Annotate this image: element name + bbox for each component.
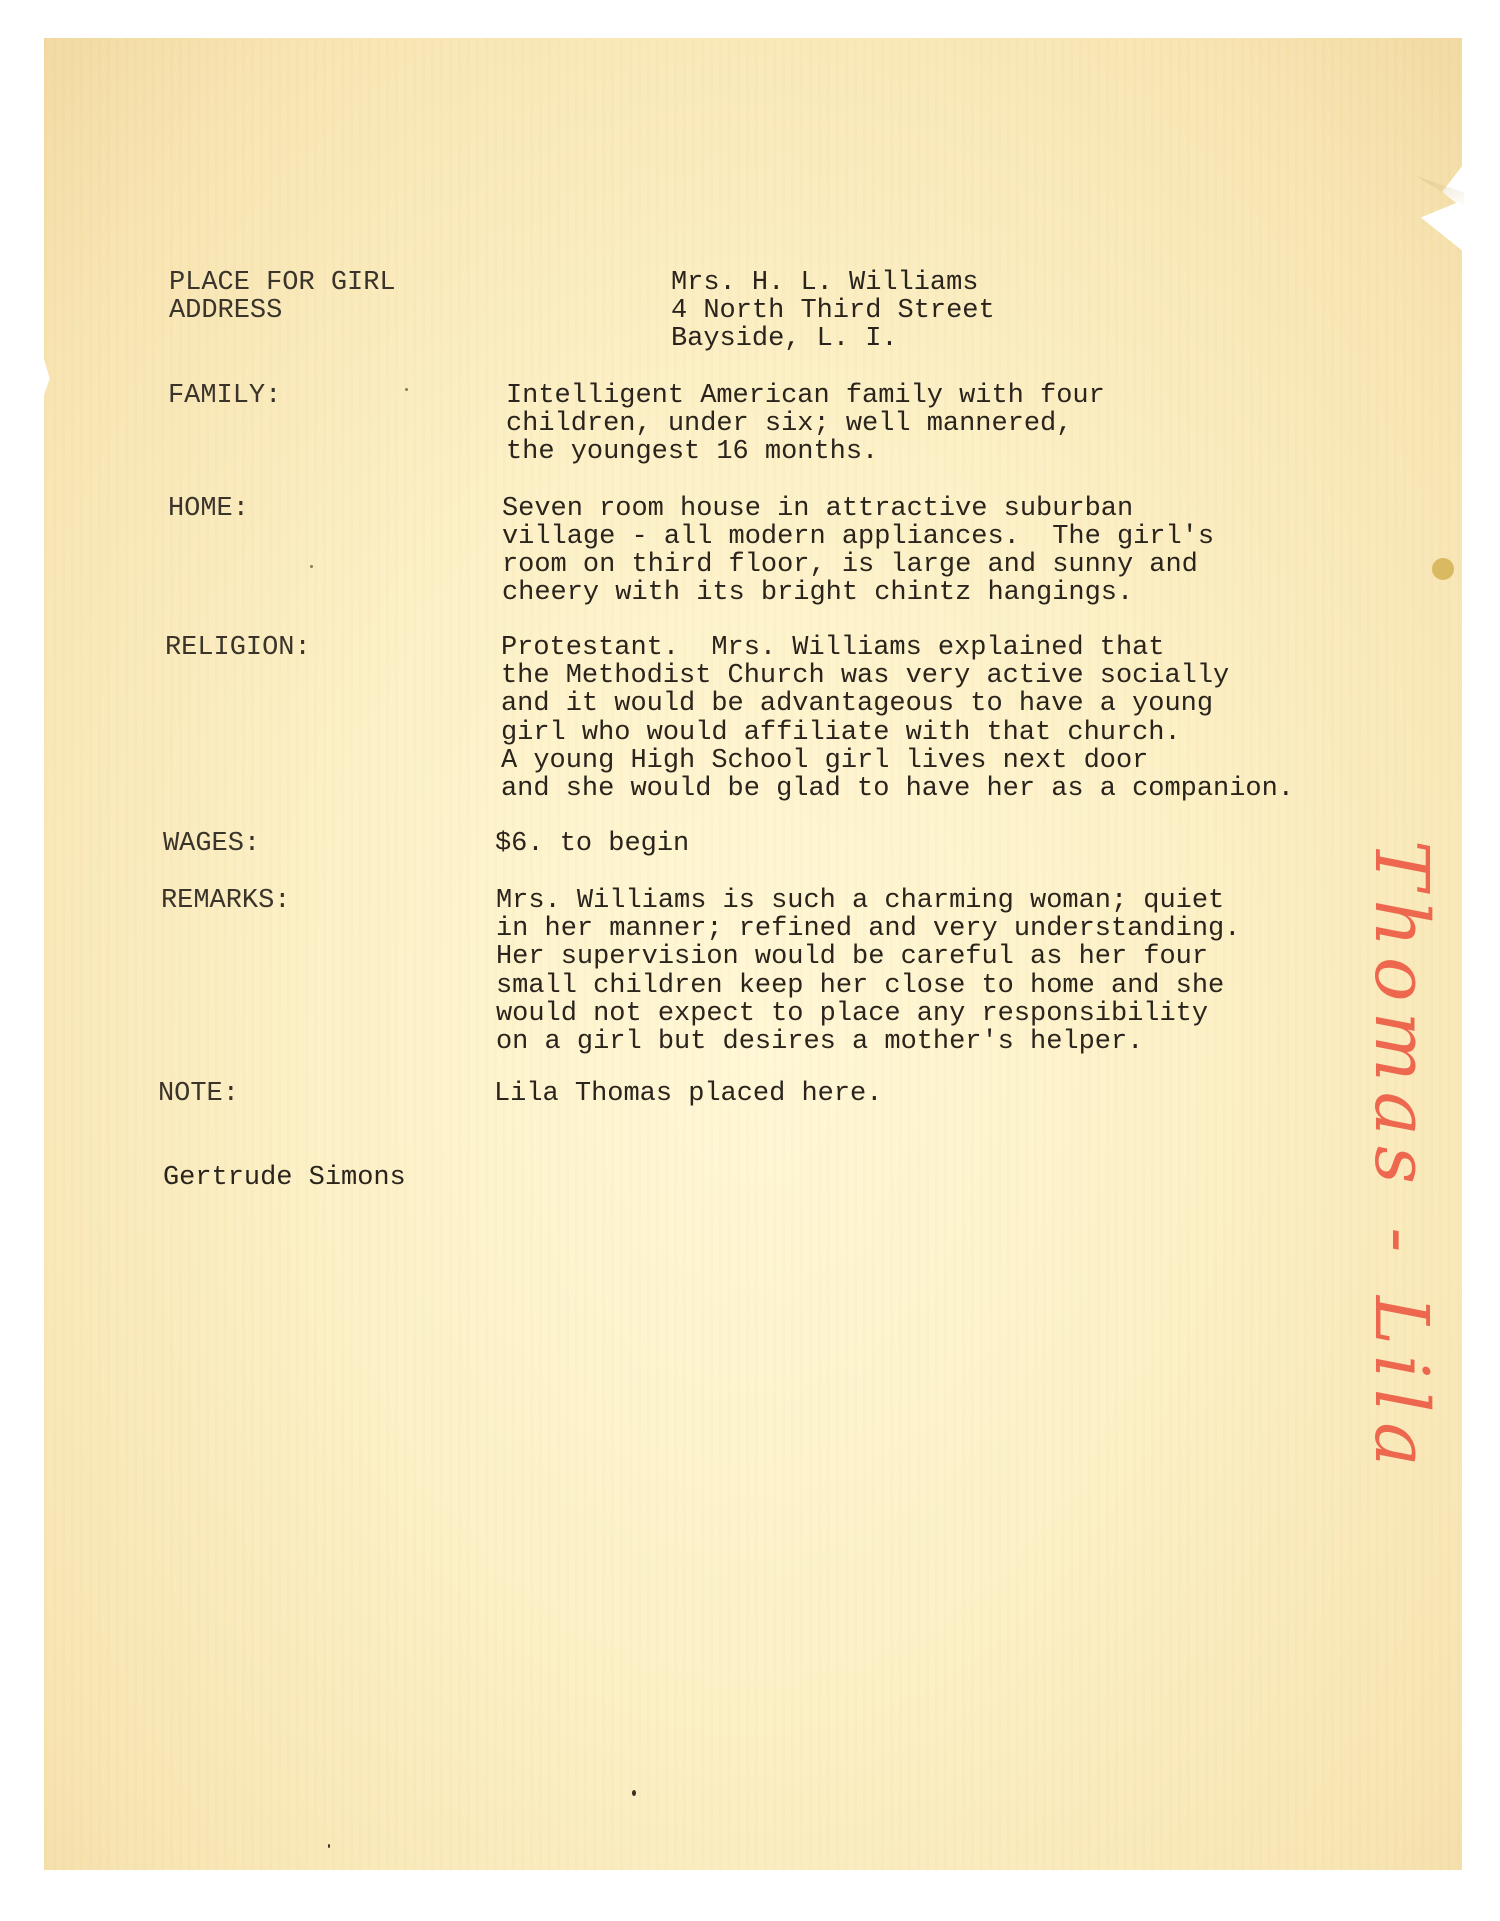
label-note: NOTE:	[158, 1080, 239, 1108]
text-line: and it would be advantageous to have a y…	[501, 690, 1213, 718]
speck	[405, 388, 408, 391]
speck	[632, 1790, 636, 1796]
signature: Gertrude Simons	[163, 1164, 406, 1192]
speck	[310, 565, 313, 568]
note-text: Lila Thomas placed here.	[494, 1080, 882, 1108]
text-line: cheery with its bright chintz hangings.	[502, 579, 1133, 607]
text-line: would not expect to place any responsibi…	[496, 1000, 1208, 1028]
stain-spot	[1432, 558, 1454, 580]
text-line: and she would be glad to have her as a c…	[501, 775, 1294, 803]
text-line: in her manner; refined and very understa…	[496, 915, 1240, 943]
label-address: ADDRESS	[169, 297, 282, 325]
text-line: Intelligent American family with four	[506, 382, 1105, 410]
text-line: Mrs. Williams is such a charming woman; …	[496, 887, 1224, 915]
address-name: Mrs. H. L. Williams	[671, 269, 978, 297]
text-line: A young High School girl lives next door	[501, 747, 1148, 775]
label-religion: RELIGION:	[165, 634, 311, 662]
text-line: village - all modern appliances. The gir…	[502, 523, 1214, 551]
text-line: the youngest 16 months.	[506, 438, 878, 466]
text-line: room on third floor, is large and sunny …	[502, 551, 1198, 579]
text-line: girl who would affiliate with that churc…	[501, 719, 1181, 747]
label-place-for-girl: PLACE FOR GIRL	[169, 269, 396, 297]
address-city: Bayside, L. I.	[671, 325, 898, 353]
text-line: Protestant. Mrs. Williams explained that	[501, 634, 1165, 662]
handwritten-annotation: Thomas - Lila	[1356, 840, 1446, 1340]
text-line: on a girl but desires a mother's helper.	[496, 1028, 1143, 1056]
text-line: Her supervision would be careful as her …	[496, 943, 1208, 971]
wages-text: $6. to begin	[495, 830, 689, 858]
text-line: small children keep her close to home an…	[496, 972, 1224, 1000]
label-remarks: REMARKS:	[161, 887, 290, 915]
label-home: HOME:	[168, 495, 249, 523]
label-wages: WAGES:	[163, 830, 260, 858]
label-family: FAMILY:	[168, 382, 281, 410]
address-street: 4 North Third Street	[671, 297, 995, 325]
text-line: Seven room house in attractive suburban	[502, 495, 1133, 523]
speck	[328, 1844, 330, 1848]
text-line: children, under six; well mannered,	[506, 410, 1072, 438]
text-line: the Methodist Church was very active soc…	[501, 662, 1229, 690]
